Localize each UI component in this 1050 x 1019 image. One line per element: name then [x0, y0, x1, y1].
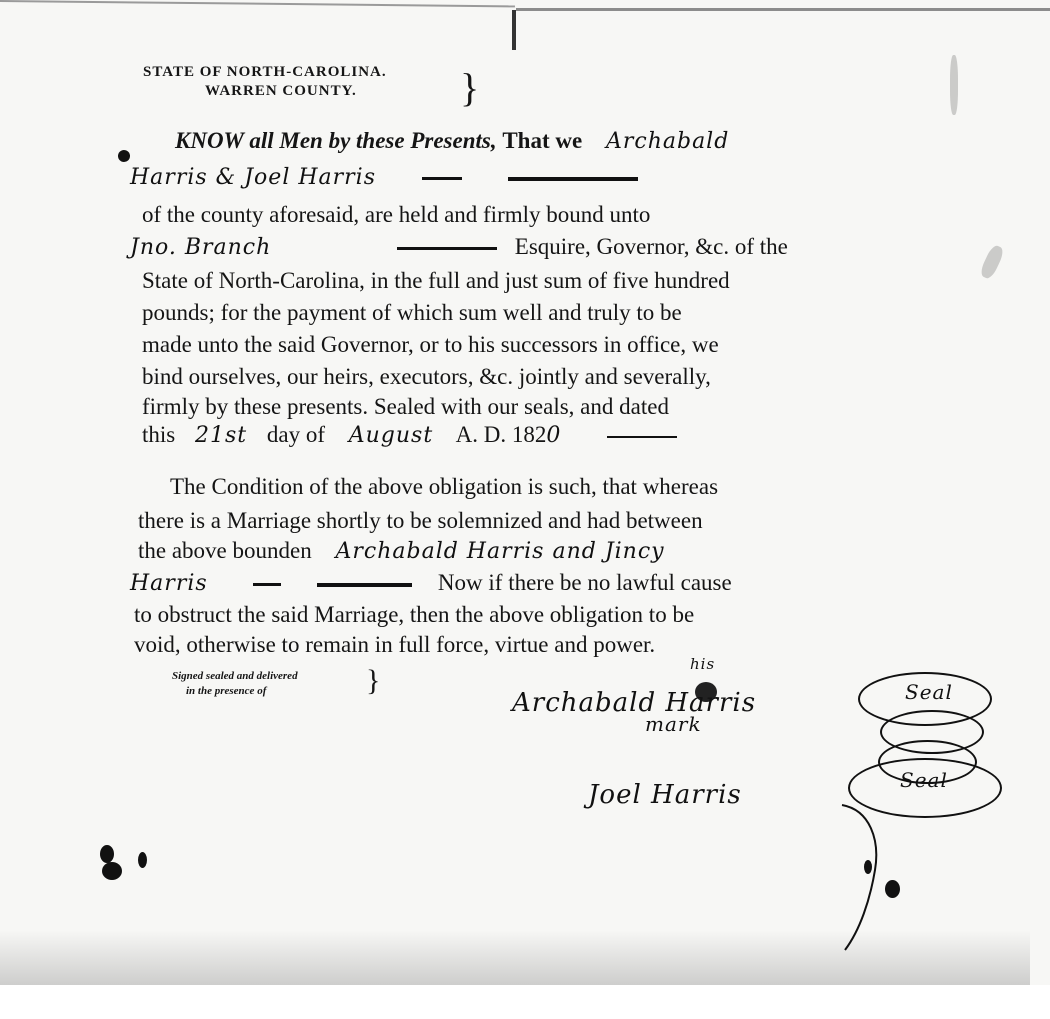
fill-dash	[253, 583, 281, 586]
bond-line-3: of the county aforesaid, are held and fi…	[142, 200, 650, 230]
printed-text: this	[142, 422, 175, 447]
handwritten-parties: Archabald Harris and Jincy	[335, 539, 664, 564]
condition-line-6: void, otherwise to remain in full force,…	[134, 630, 655, 660]
header-state: STATE OF NORTH-CAROLINA.	[143, 64, 387, 81]
paper-edge-bottom	[0, 985, 1050, 1019]
printed-text: That we	[502, 128, 582, 153]
ink-blot	[102, 862, 122, 880]
bond-line-7: made unto the said Governor, or to his s…	[142, 330, 719, 360]
fill-dash	[317, 583, 412, 587]
know-all-men-heading: KNOW all Men by these Presents,	[175, 128, 497, 153]
printed-text: Now if there be no lawful cause	[438, 570, 732, 595]
seal-label-2: Seal	[900, 768, 948, 792]
bond-line-5: State of North-Carolina, in the full and…	[142, 266, 730, 296]
handwritten-bride-surname: Harris	[130, 571, 208, 596]
printed-text: Esquire, Governor, &c. of the	[515, 234, 788, 259]
signature-tail-flourish	[830, 800, 890, 960]
witness-brace: }	[366, 666, 380, 696]
handwritten-year-digit: 0	[546, 423, 561, 448]
fill-dash	[607, 436, 677, 438]
bond-line-9: firmly by these presents. Sealed with ou…	[142, 392, 669, 422]
paper-edge-top-left	[0, 0, 515, 27]
printed-text: the above bounden	[138, 538, 312, 563]
condition-line-5: to obstruct the said Marriage, then the …	[134, 600, 694, 630]
witness-note-line-2: in the presence of	[186, 685, 266, 697]
bond-line-8: bind ourselves, our heirs, executors, &c…	[142, 362, 711, 392]
signature-joel-harris: Joel Harris	[588, 780, 742, 810]
bond-line-1: KNOW all Men by these Presents, That we …	[175, 126, 729, 157]
header-brace: }	[460, 68, 479, 108]
stain-mark	[950, 55, 958, 115]
scanned-document-page: STATE OF NORTH-CAROLINA. WARREN COUNTY. …	[0, 0, 1050, 1019]
ink-blot	[138, 852, 147, 868]
condition-line-4: Harris Now if there be no lawful cause	[130, 568, 732, 599]
seal-label-1: Seal	[905, 680, 953, 704]
signature-mark-his: his	[690, 655, 715, 673]
bond-line-10: this 21st day of August A. D. 1820	[142, 420, 677, 451]
fill-dash	[422, 177, 462, 180]
bond-line-6: pounds; for the payment of which sum wel…	[142, 298, 682, 328]
condition-line-2: there is a Marriage shortly to be solemn…	[138, 506, 703, 536]
handwritten-obligor-first: Archabald	[606, 129, 729, 154]
signature-mark-label: mark	[645, 712, 702, 736]
witness-note-line-1: Signed sealed and delivered	[172, 670, 298, 682]
handwritten-month: August	[349, 423, 433, 448]
printed-text: day of	[267, 422, 325, 447]
signature-archabald-harris: Archabald Harris	[512, 688, 756, 718]
stain-mark	[978, 244, 1005, 281]
ink-blot	[100, 845, 114, 863]
handwritten-day: 21st	[195, 423, 247, 448]
bond-line-4: Jno. Branch Esquire, Governor, &c. of th…	[130, 232, 788, 263]
handwritten-governor-name: Jno. Branch	[130, 235, 271, 260]
paper-edge-top-right	[516, 8, 1050, 21]
handwritten-obligors: Harris & Joel Harris	[130, 165, 376, 190]
condition-line-1: The Condition of the above obligation is…	[170, 472, 718, 502]
ink-blot	[118, 150, 130, 162]
fill-dash	[397, 247, 497, 250]
header-county: WARREN COUNTY.	[205, 83, 357, 100]
printed-year-prefix: A. D. 182	[456, 422, 547, 447]
bond-line-2: Harris & Joel Harris	[130, 162, 638, 193]
condition-line-3: the above bounden Archabald Harris and J…	[138, 536, 665, 567]
fill-dash	[508, 177, 638, 181]
